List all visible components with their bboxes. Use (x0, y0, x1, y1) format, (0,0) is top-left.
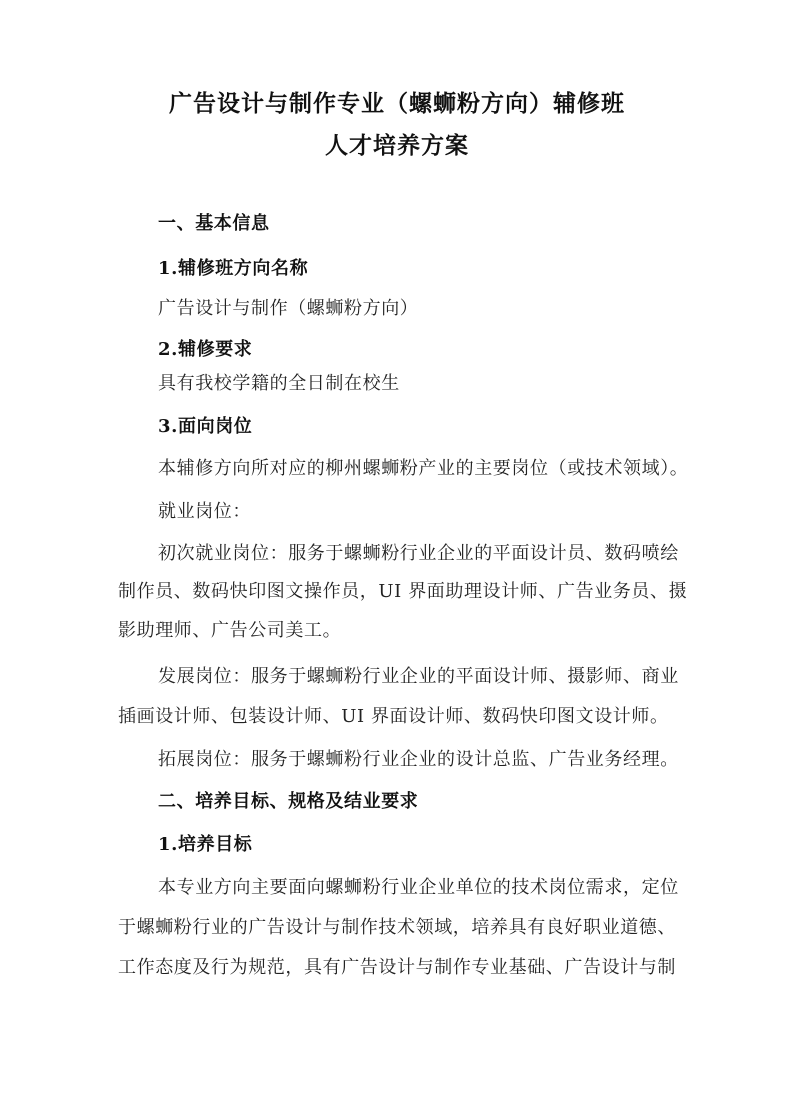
item-1-3-heading: 3.面向岗位 (158, 415, 252, 439)
initial-jobs-line-2: 制作员、数码快印图文操作员，UI 界面助理设计师、广告业务员、摄 (118, 580, 687, 604)
development-jobs-line-2: 插画设计师、包装设计师、UI 界面设计师、数码快印图文设计师。 (118, 705, 669, 729)
document-title-line-2: 人才培养方案 (0, 131, 794, 161)
document-page: 广告设计与制作专业（螺蛳粉方向）辅修班 人才培养方案 一、基本信息 1.辅修班方… (0, 0, 794, 1108)
training-goal-line-1: 本专业方向主要面向螺蛳粉行业企业单位的技术岗位需求，定位 (158, 876, 679, 900)
item-2-1-heading: 1.培养目标 (158, 833, 252, 857)
document-title-line-1: 广告设计与制作专业（螺蛳粉方向）辅修班 (0, 89, 794, 119)
training-goal-line-2: 于螺蛳粉行业的广告设计与制作技术领域，培养具有良好职业道德、 (118, 916, 676, 940)
section-2-heading: 二、培养目标、规格及结业要求 (158, 790, 418, 814)
employment-label: 就业岗位： (158, 500, 251, 524)
item-1-3-intro: 本辅修方向所对应的柳州螺蛳粉产业的主要岗位（或技术领域）。 (158, 457, 688, 481)
training-goal-line-3: 工作态度及行为规范，具有广告设计与制作专业基础、广告设计与制 (118, 956, 676, 980)
initial-jobs-line-3: 影助理师、广告公司美工。 (118, 619, 341, 643)
extension-jobs: 拓展岗位：服务于螺蛳粉行业企业的设计总监、广告业务经理。 (158, 748, 679, 772)
development-jobs-line-1: 发展岗位：服务于螺蛳粉行业企业的平面设计师、摄影师、商业 (158, 665, 679, 689)
item-1-1-heading: 1.辅修班方向名称 (158, 257, 308, 281)
initial-jobs-line-1: 初次就业岗位：服务于螺蛳粉行业企业的平面设计员、数码喷绘 (158, 542, 679, 566)
item-1-2-text: 具有我校学籍的全日制在校生 (158, 372, 400, 396)
item-1-1-text: 广告设计与制作（螺蛳粉方向） (158, 297, 418, 321)
section-1-heading: 一、基本信息 (158, 212, 270, 236)
item-1-2-heading: 2.辅修要求 (158, 338, 252, 362)
